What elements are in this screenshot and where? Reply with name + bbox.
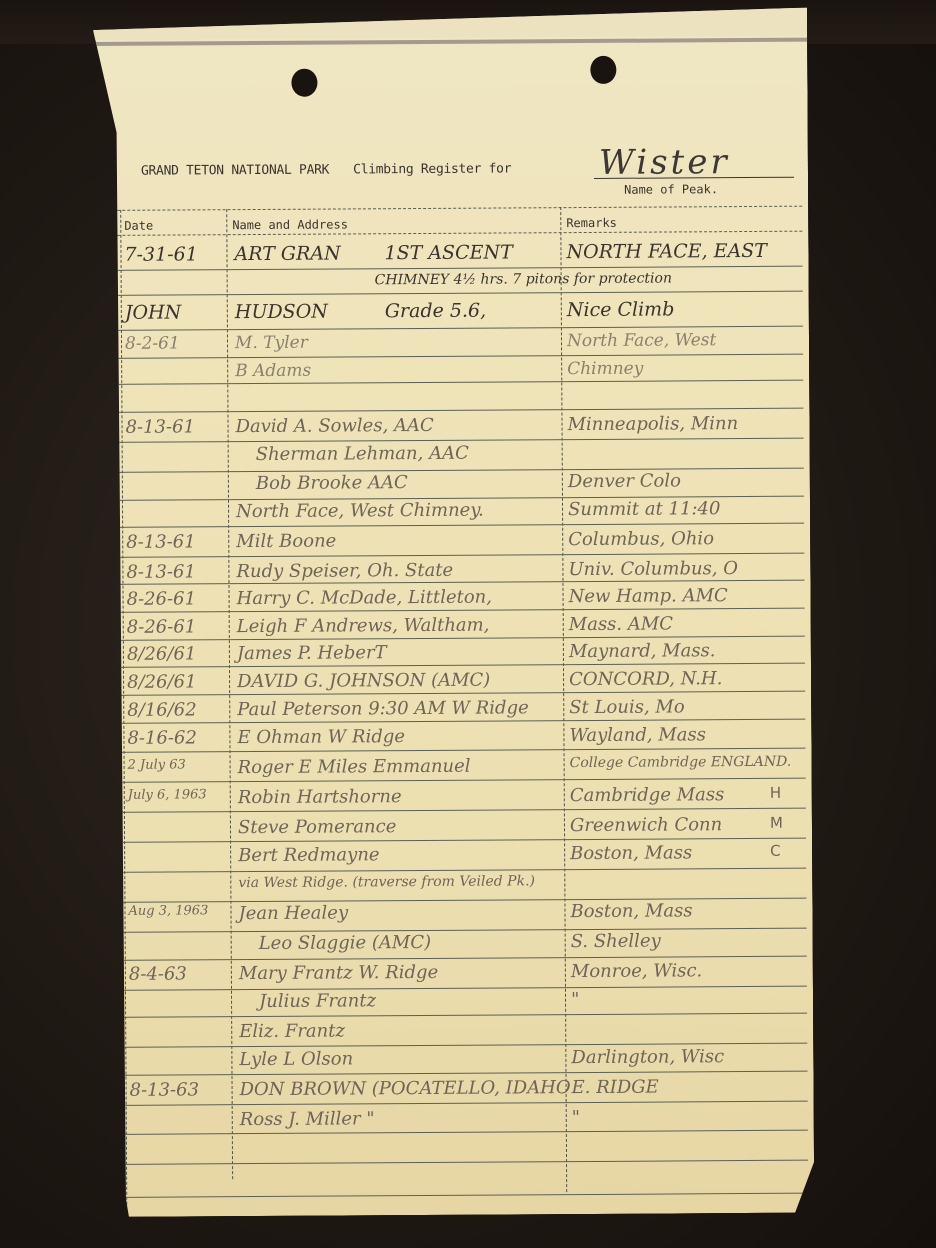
- column-header-remarks: Remarks: [566, 216, 617, 230]
- row-rule: [115, 608, 805, 613]
- entry-name: Robin Hartshorne: [238, 786, 402, 808]
- entry-name: Eliz. Frantz: [239, 1020, 345, 1042]
- entry-name: Steve Pomerance: [238, 816, 397, 838]
- entry-date: 8-13-61: [126, 561, 196, 582]
- entry-remarks: CONCORD, N.H.: [569, 668, 722, 690]
- entry-remarks: St Louis, Mo: [569, 696, 685, 718]
- row-rule: [117, 928, 807, 933]
- entry-name: HUDSON: [235, 301, 328, 324]
- entry-remarks: E. RIDGE: [572, 1077, 659, 1099]
- entry-name: Paul Peterson 9:30 AM W Ridge: [237, 697, 529, 720]
- entry-date: JOHN: [125, 301, 182, 323]
- entry-name: Milt Boone: [236, 531, 336, 553]
- entry-remarks: Columbus, Ohio: [568, 528, 714, 550]
- header-bottom-rule: [112, 231, 802, 236]
- climbing-register-sheet: GRAND TETON NATIONAL PARKClimbing Regist…: [93, 8, 814, 1217]
- row-rule: [117, 986, 807, 991]
- header-top-rule: [112, 206, 802, 211]
- entry-name: DAVID G. JOHNSON (AMC): [237, 670, 490, 693]
- entry-date: 7-31-61: [124, 243, 197, 265]
- row-rule: [117, 956, 807, 961]
- entry-name: Roger E Miles Emmanuel: [238, 756, 471, 778]
- entry-remarks: Monroe, Wisc.: [571, 960, 703, 982]
- entry-name: E Ohman W Ridge: [237, 726, 405, 748]
- row-rule: [118, 1193, 808, 1198]
- entry-name-extra: Grade 5.6,: [385, 300, 486, 323]
- entry-name: Sherman Lehman, AAC: [256, 443, 469, 465]
- row-rule: [117, 1071, 807, 1076]
- entry-remarks: Darlington, Wisc: [571, 1046, 724, 1068]
- row-rule: [117, 1013, 807, 1018]
- entry-name: Harry C. McDade, Littleton,: [237, 587, 492, 610]
- entry-name: ART GRAN: [234, 242, 340, 265]
- date-column-divider: [120, 210, 127, 1210]
- entry-remarks: Nice Climb: [567, 298, 675, 321]
- entry-remarks: ": [572, 1107, 580, 1128]
- entry-remarks: Univ. Columbus, O: [568, 558, 738, 580]
- entry-remarks: Boston, Mass: [570, 900, 692, 922]
- entry-date: 8-16-62: [127, 727, 197, 748]
- row-rule: [116, 868, 806, 873]
- entry-remarks: S. Shelley: [571, 931, 661, 953]
- row-rule: [116, 808, 806, 813]
- entry-date: 8-26-61: [127, 588, 197, 609]
- entry-remarks: Cambridge Mass: [570, 784, 725, 806]
- entry-remarks: NORTH FACE, EAST: [566, 240, 767, 263]
- entry-remarks: Wayland, Mass: [569, 724, 706, 746]
- entry-date: 8-13-63: [130, 1079, 200, 1100]
- column-header-date: Date: [124, 219, 153, 233]
- entry-remarks: Summit at 11:40: [568, 498, 720, 520]
- entry-name: North Face, West Chimney.: [236, 500, 484, 523]
- register-grid: [93, 8, 814, 1217]
- row-rule: [114, 580, 804, 585]
- entry-remarks: Minneapolis, Minn: [567, 413, 738, 435]
- entry-name: David A. Sowles, AAC: [235, 415, 433, 437]
- entry-date: 8-26-61: [127, 616, 197, 637]
- row-rule: [118, 1130, 808, 1135]
- entry-remarks: Mass. AMC: [569, 613, 673, 635]
- entry-name: Leo Slaggie (AMC): [259, 932, 432, 954]
- entry-remarks: Boston, Mass: [570, 842, 692, 864]
- entry-remarks: Denver Colo: [568, 470, 681, 492]
- row-rule: [113, 380, 803, 385]
- entry-remarks: North Face, West: [567, 330, 716, 351]
- row-rule: [115, 663, 805, 668]
- entry-name: Rudy Speiser, Oh. State: [236, 560, 453, 582]
- entry-name-extra: 1ST ASCENT: [384, 241, 512, 264]
- row-rule: [116, 838, 806, 843]
- entry-remarks: College Cambridge ENGLAND.: [570, 754, 792, 771]
- row-rule: [114, 468, 804, 473]
- entry-date: Aug 3, 1963: [128, 903, 208, 918]
- entry-remarks: Chimney: [567, 359, 643, 379]
- row-rule: [118, 1101, 808, 1106]
- entry-remarks: Maynard, Mass.: [569, 640, 716, 662]
- row-rule: [113, 266, 803, 271]
- entry-name: Mary Frantz W. Ridge: [239, 962, 438, 984]
- club-initial: C: [770, 842, 781, 860]
- row-rule: [113, 291, 803, 296]
- entry-date: 8-13-61: [125, 416, 195, 437]
- entry-name: DON BROWN (POCATELLO, IDAHO: [240, 1077, 571, 1100]
- entry-date: 8/26/61: [127, 671, 197, 692]
- entry-remarks: New Hamp. AMC: [569, 585, 728, 607]
- row-rule: [116, 898, 806, 903]
- entry-date: 2 July 63: [128, 757, 186, 772]
- row-rule: [113, 354, 803, 359]
- row-rule: [114, 523, 804, 528]
- entry-name: James P. HeberT: [237, 642, 387, 664]
- row-rule: [116, 748, 806, 753]
- entry-name: Julius Frantz: [259, 990, 376, 1012]
- entry-date: 8-2-61: [125, 333, 180, 353]
- entry-name: Lyle L Olson: [239, 1048, 353, 1070]
- entry-name: Bert Redmayne: [238, 844, 380, 866]
- entry-name: via West Ridge. (traverse from Veiled Pk…: [238, 873, 535, 891]
- entry-date: 8-4-63: [129, 963, 187, 984]
- entry-remarks: ": [571, 989, 579, 1010]
- row-rule: [118, 1160, 808, 1165]
- entry-date: 8-13-61: [126, 531, 196, 552]
- entry-name: Jean Healey: [238, 902, 348, 924]
- entry-date: 8/16/62: [127, 699, 197, 720]
- entry-date: 8/26/61: [127, 643, 197, 664]
- entry-date: July 6, 1963: [128, 787, 207, 802]
- club-initial: H: [770, 784, 781, 802]
- column-header-name: Name and Address: [232, 217, 348, 232]
- entry-remarks: Greenwich Conn: [570, 814, 722, 836]
- row-rule: [116, 778, 806, 783]
- entry-name: B Adams: [235, 361, 311, 381]
- entry-name: Ross J. Miller ": [240, 1108, 375, 1130]
- row-rule: [113, 408, 803, 413]
- entry-name: Leigh F Andrews, Waltham,: [237, 615, 490, 638]
- row-rule: [115, 691, 805, 696]
- row-rule: [115, 719, 805, 724]
- entry-name-extra: CHIMNEY 4½ hrs. 7 pitons for protection: [375, 270, 672, 288]
- entry-name: Bob Brooke AAC: [256, 472, 408, 494]
- row-rule: [114, 553, 804, 558]
- club-initial: M: [770, 814, 783, 832]
- entry-name: M. Tyler: [235, 333, 308, 353]
